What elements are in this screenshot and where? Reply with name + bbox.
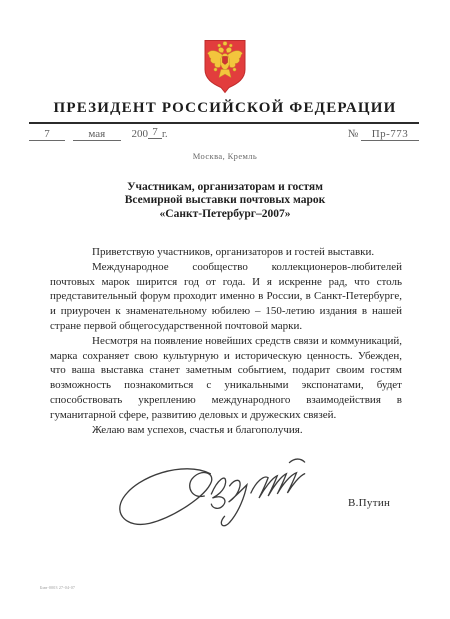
date-year-suffix: 7: [148, 126, 162, 139]
recipient-line: Участникам, организаторам и гостям: [0, 181, 450, 194]
signer-name: В.Путин: [348, 497, 390, 509]
number-value: Пр-773: [361, 128, 419, 141]
place-line: Москва, Кремль: [0, 151, 450, 161]
date-day: 7: [29, 128, 65, 141]
body-paragraph: Международное сообщество коллекционеров-…: [50, 260, 402, 334]
meta-row: 7 мая 2007г. № Пр-773: [29, 128, 419, 146]
handwritten-signature: [113, 455, 331, 535]
print-code: Бмв-0003 27-04-07: [40, 585, 75, 590]
letterhead-divider: [29, 122, 419, 124]
recipient-line: «Санкт-Петербург–2007»: [0, 208, 450, 221]
body-paragraph: Желаю вам успехов, счастья и благополучи…: [50, 423, 402, 438]
number-sign: №: [348, 128, 359, 140]
recipient-block: Участникам, организаторам и гостям Всеми…: [0, 181, 450, 221]
letterhead-title: ПРЕЗИДЕНТ РОССИЙСКОЙ ФЕДЕРАЦИИ: [0, 100, 450, 117]
body-paragraph: Несмотря на появление новейших средств с…: [50, 334, 402, 423]
date-line: 7 мая 2007г.: [29, 128, 167, 141]
letter-body: Приветствую участников, организаторов и …: [50, 245, 402, 437]
document-number: № Пр-773: [348, 128, 419, 141]
body-paragraph: Приветствую участников, организаторов и …: [50, 245, 402, 260]
russia-coat-of-arms-icon: [203, 39, 247, 94]
letter-page: ПРЕЗИДЕНТ РОССИЙСКОЙ ФЕДЕРАЦИИ 7 мая 200…: [0, 0, 450, 619]
date-year-prefix: 200: [132, 128, 149, 140]
date-year-label: г.: [162, 129, 167, 140]
date-month: мая: [73, 128, 121, 141]
recipient-line: Всемирной выставки почтовых марок: [0, 194, 450, 207]
